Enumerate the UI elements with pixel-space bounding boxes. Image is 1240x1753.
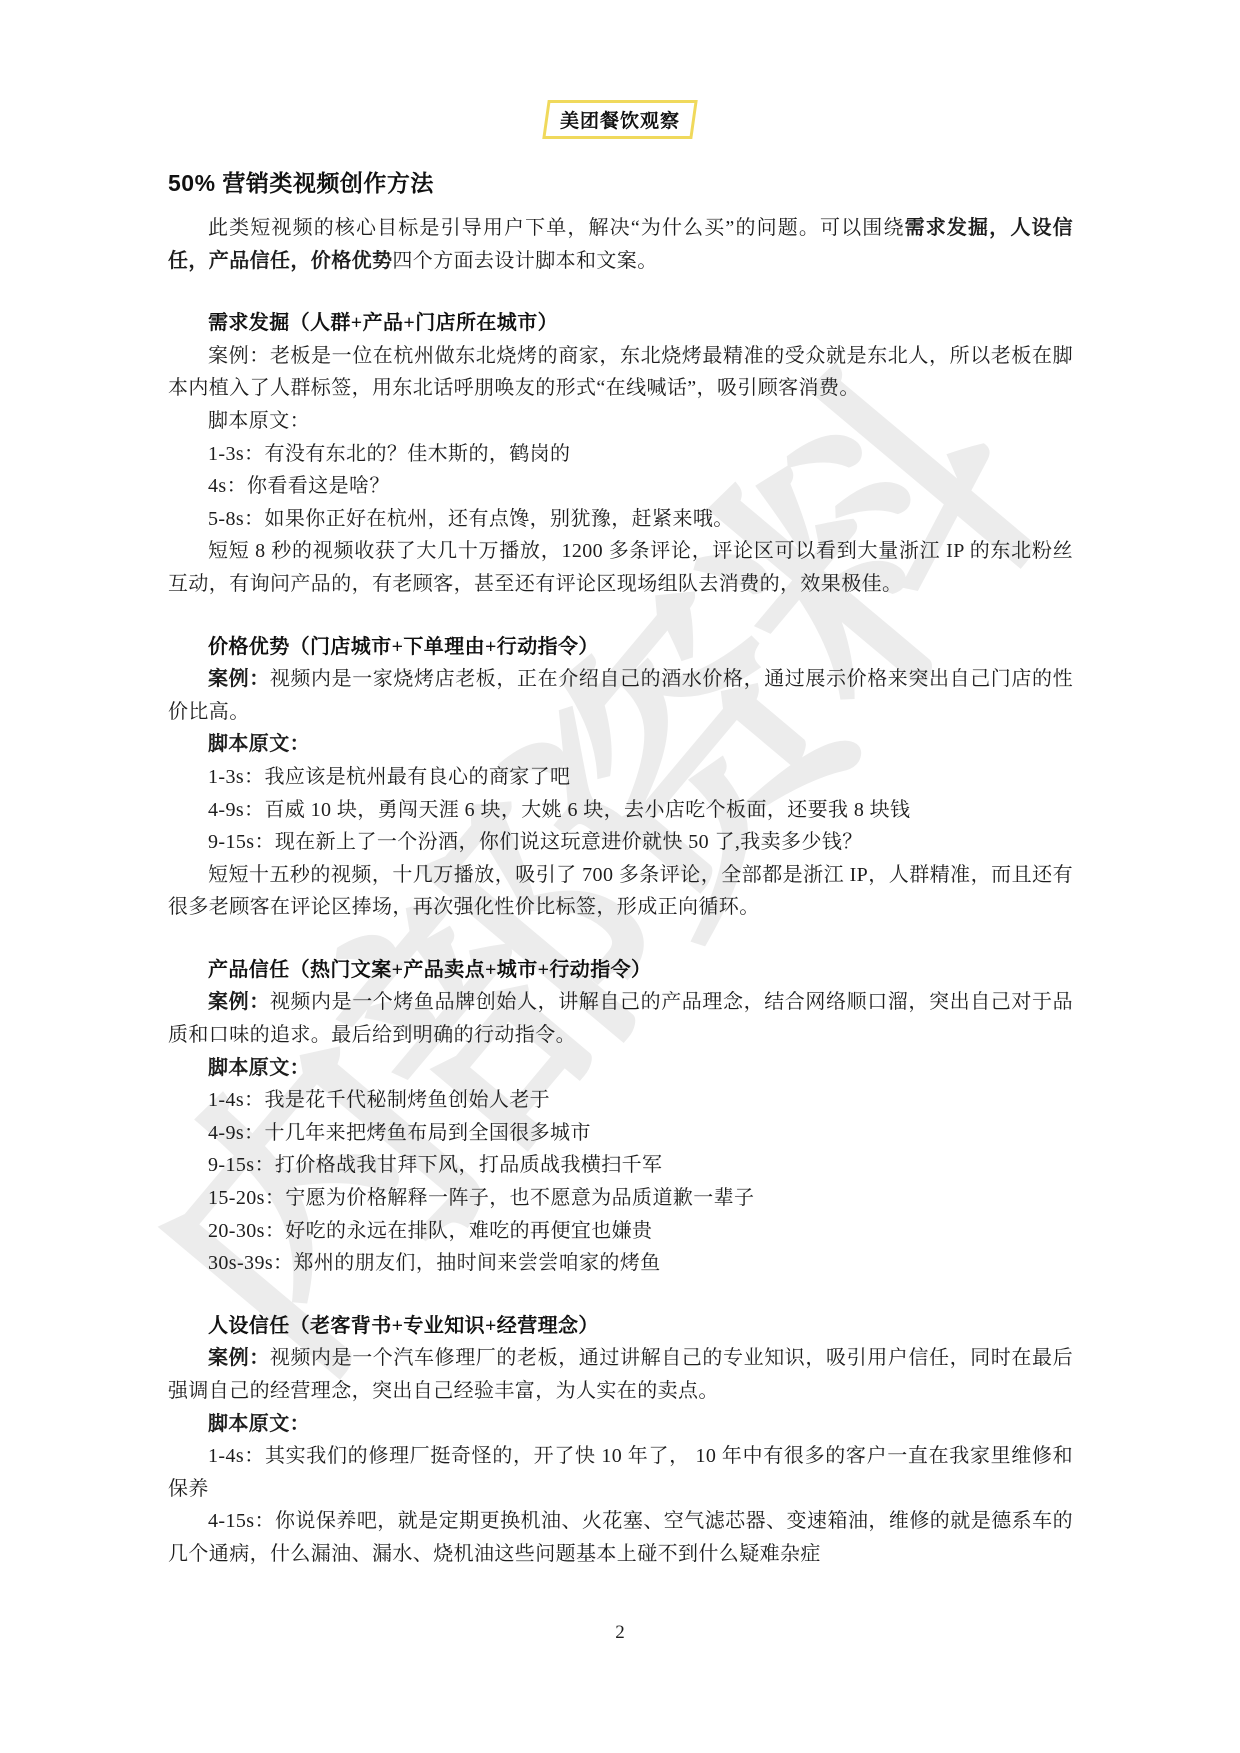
script-line: 5-8s：如果你正好在杭州，还有点馋，别犹豫，赶紧来哦。 (168, 503, 1073, 536)
case-text: 老板是一位在杭州做东北烧烤的商家，东北烧烤最精准的受众就是东北人，所以老板在脚本… (168, 345, 1073, 400)
case-text: 视频内是一个汽车修理厂的老板，通过讲解自己的专业知识，吸引用户信任，同时在最后强… (168, 1347, 1073, 1402)
section-heading: 需求发掘（人群+产品+门店所在城市） (168, 307, 1073, 340)
case-paragraph: 案例：视频内是一个汽车修理厂的老板，通过讲解自己的专业知识，吸引用户信任，同时在… (168, 1342, 1073, 1407)
page-header: 美团餐饮观察 (0, 0, 1240, 139)
result-paragraph: 短短十五秒的视频，十几万播放，吸引了 700 多条评论，全部都是浙江 IP，人群… (168, 859, 1073, 924)
script-label: 脚本原文： (168, 1052, 1073, 1085)
case-text: 视频内是一家烧烤店老板，正在介绍自己的酒水价格，通过展示价格来突出自己门店的性价… (168, 668, 1073, 723)
case-label: 案例： (208, 991, 270, 1013)
script-line: 1-3s：有没有东北的？佳木斯的，鹤岗的 (168, 438, 1073, 471)
script-line: 30s-39s：郑州的朋友们，抽时间来尝尝咱家的烤鱼 (168, 1247, 1073, 1280)
section-product-trust: 产品信任（热门文案+产品卖点+城市+行动指令） 案例：视频内是一个烤鱼品牌创始人… (168, 954, 1073, 1280)
intro-text-end: 四个方面去设计脚本和文案。 (392, 250, 657, 272)
section-persona-trust: 人设信任（老客背书+专业知识+经营理念） 案例：视频内是一个汽车修理厂的老板，通… (168, 1310, 1073, 1571)
document-content: 50% 营销类视频创作方法 此类短视频的核心目标是引导用户下单，解决“为什么买”… (0, 165, 1240, 1571)
case-label: 案例： (208, 668, 270, 690)
section-price-advantage: 价格优势（门店城市+下单理由+行动指令） 案例：视频内是一家烧烤店老板，正在介绍… (168, 631, 1073, 924)
result-paragraph: 短短 8 秒的视频收获了大几十万播放，1200 多条评论，评论区可以看到大量浙江… (168, 535, 1073, 600)
section-heading: 人设信任（老客背书+专业知识+经营理念） (168, 1310, 1073, 1343)
page-footer: 2 (0, 1622, 1240, 1644)
page-number: 2 (615, 1622, 625, 1643)
script-label: 脚本原文： (168, 1408, 1073, 1441)
script-line: 4-9s：十几年来把烤鱼布局到全国很多城市 (168, 1117, 1073, 1150)
script-line: 1-4s：我是花千代秘制烤鱼创始人老于 (168, 1084, 1073, 1117)
case-paragraph: 案例：视频内是一家烧烤店老板，正在介绍自己的酒水价格，通过展示价格来突出自己门店… (168, 663, 1073, 728)
brand-badge: 美团餐饮观察 (542, 100, 697, 139)
script-label: 脚本原文： (168, 405, 1073, 438)
script-label: 脚本原文： (168, 728, 1073, 761)
section-heading: 产品信任（热门文案+产品卖点+城市+行动指令） (168, 954, 1073, 987)
section-heading: 价格优势（门店城市+下单理由+行动指令） (168, 631, 1073, 664)
script-line: 4s：你看看这是啥？ (168, 470, 1073, 503)
case-label: 案例： (208, 345, 270, 367)
script-line: 9-15s：打价格战我甘拜下风，打品质战我横扫千军 (168, 1149, 1073, 1182)
case-text: 视频内是一个烤鱼品牌创始人，讲解自己的产品理念，结合网络顺口溜，突出自己对于品质… (168, 991, 1073, 1046)
script-line: 1-4s：其实我们的修理厂挺奇怪的，开了快 10 年了， 10 年中有很多的客户… (168, 1440, 1073, 1505)
script-line: 15-20s：宁愿为价格解释一阵子，也不愿意为品质道歉一辈子 (168, 1182, 1073, 1215)
page-title: 50% 营销类视频创作方法 (168, 165, 1073, 198)
intro-text-start: 此类短视频的核心目标是引导用户下单，解决“为什么买”的问题。可以围绕 (208, 217, 905, 239)
intro-paragraph: 此类短视频的核心目标是引导用户下单，解决“为什么买”的问题。可以围绕需求发掘，人… (168, 212, 1073, 277)
script-line: 20-30s：好吃的永远在排队，难吃的再便宜也嫌贵 (168, 1215, 1073, 1248)
script-line: 1-3s：我应该是杭州最有良心的商家了吧 (168, 761, 1073, 794)
case-label: 案例： (208, 1347, 270, 1369)
section-need-discovery: 需求发掘（人群+产品+门店所在城市） 案例：老板是一位在杭州做东北烧烤的商家，东… (168, 307, 1073, 600)
script-line: 4-15s：你说保养吧，就是定期更换机油、火花塞、空气滤芯器、变速箱油，维修的就… (168, 1505, 1073, 1570)
script-line: 9-15s：现在新上了一个汾酒，你们说这玩意进价就快 50 了,我卖多少钱？ (168, 826, 1073, 859)
script-line: 4-9s：百威 10 块，勇闯天涯 6 块，大姚 6 块，去小店吃个板面，还要我… (168, 794, 1073, 827)
case-paragraph: 案例：视频内是一个烤鱼品牌创始人，讲解自己的产品理念，结合网络顺口溜，突出自己对… (168, 986, 1073, 1051)
case-paragraph: 案例：老板是一位在杭州做东北烧烤的商家，东北烧烤最精准的受众就是东北人，所以老板… (168, 340, 1073, 405)
brand-badge-text: 美团餐饮观察 (560, 106, 680, 133)
